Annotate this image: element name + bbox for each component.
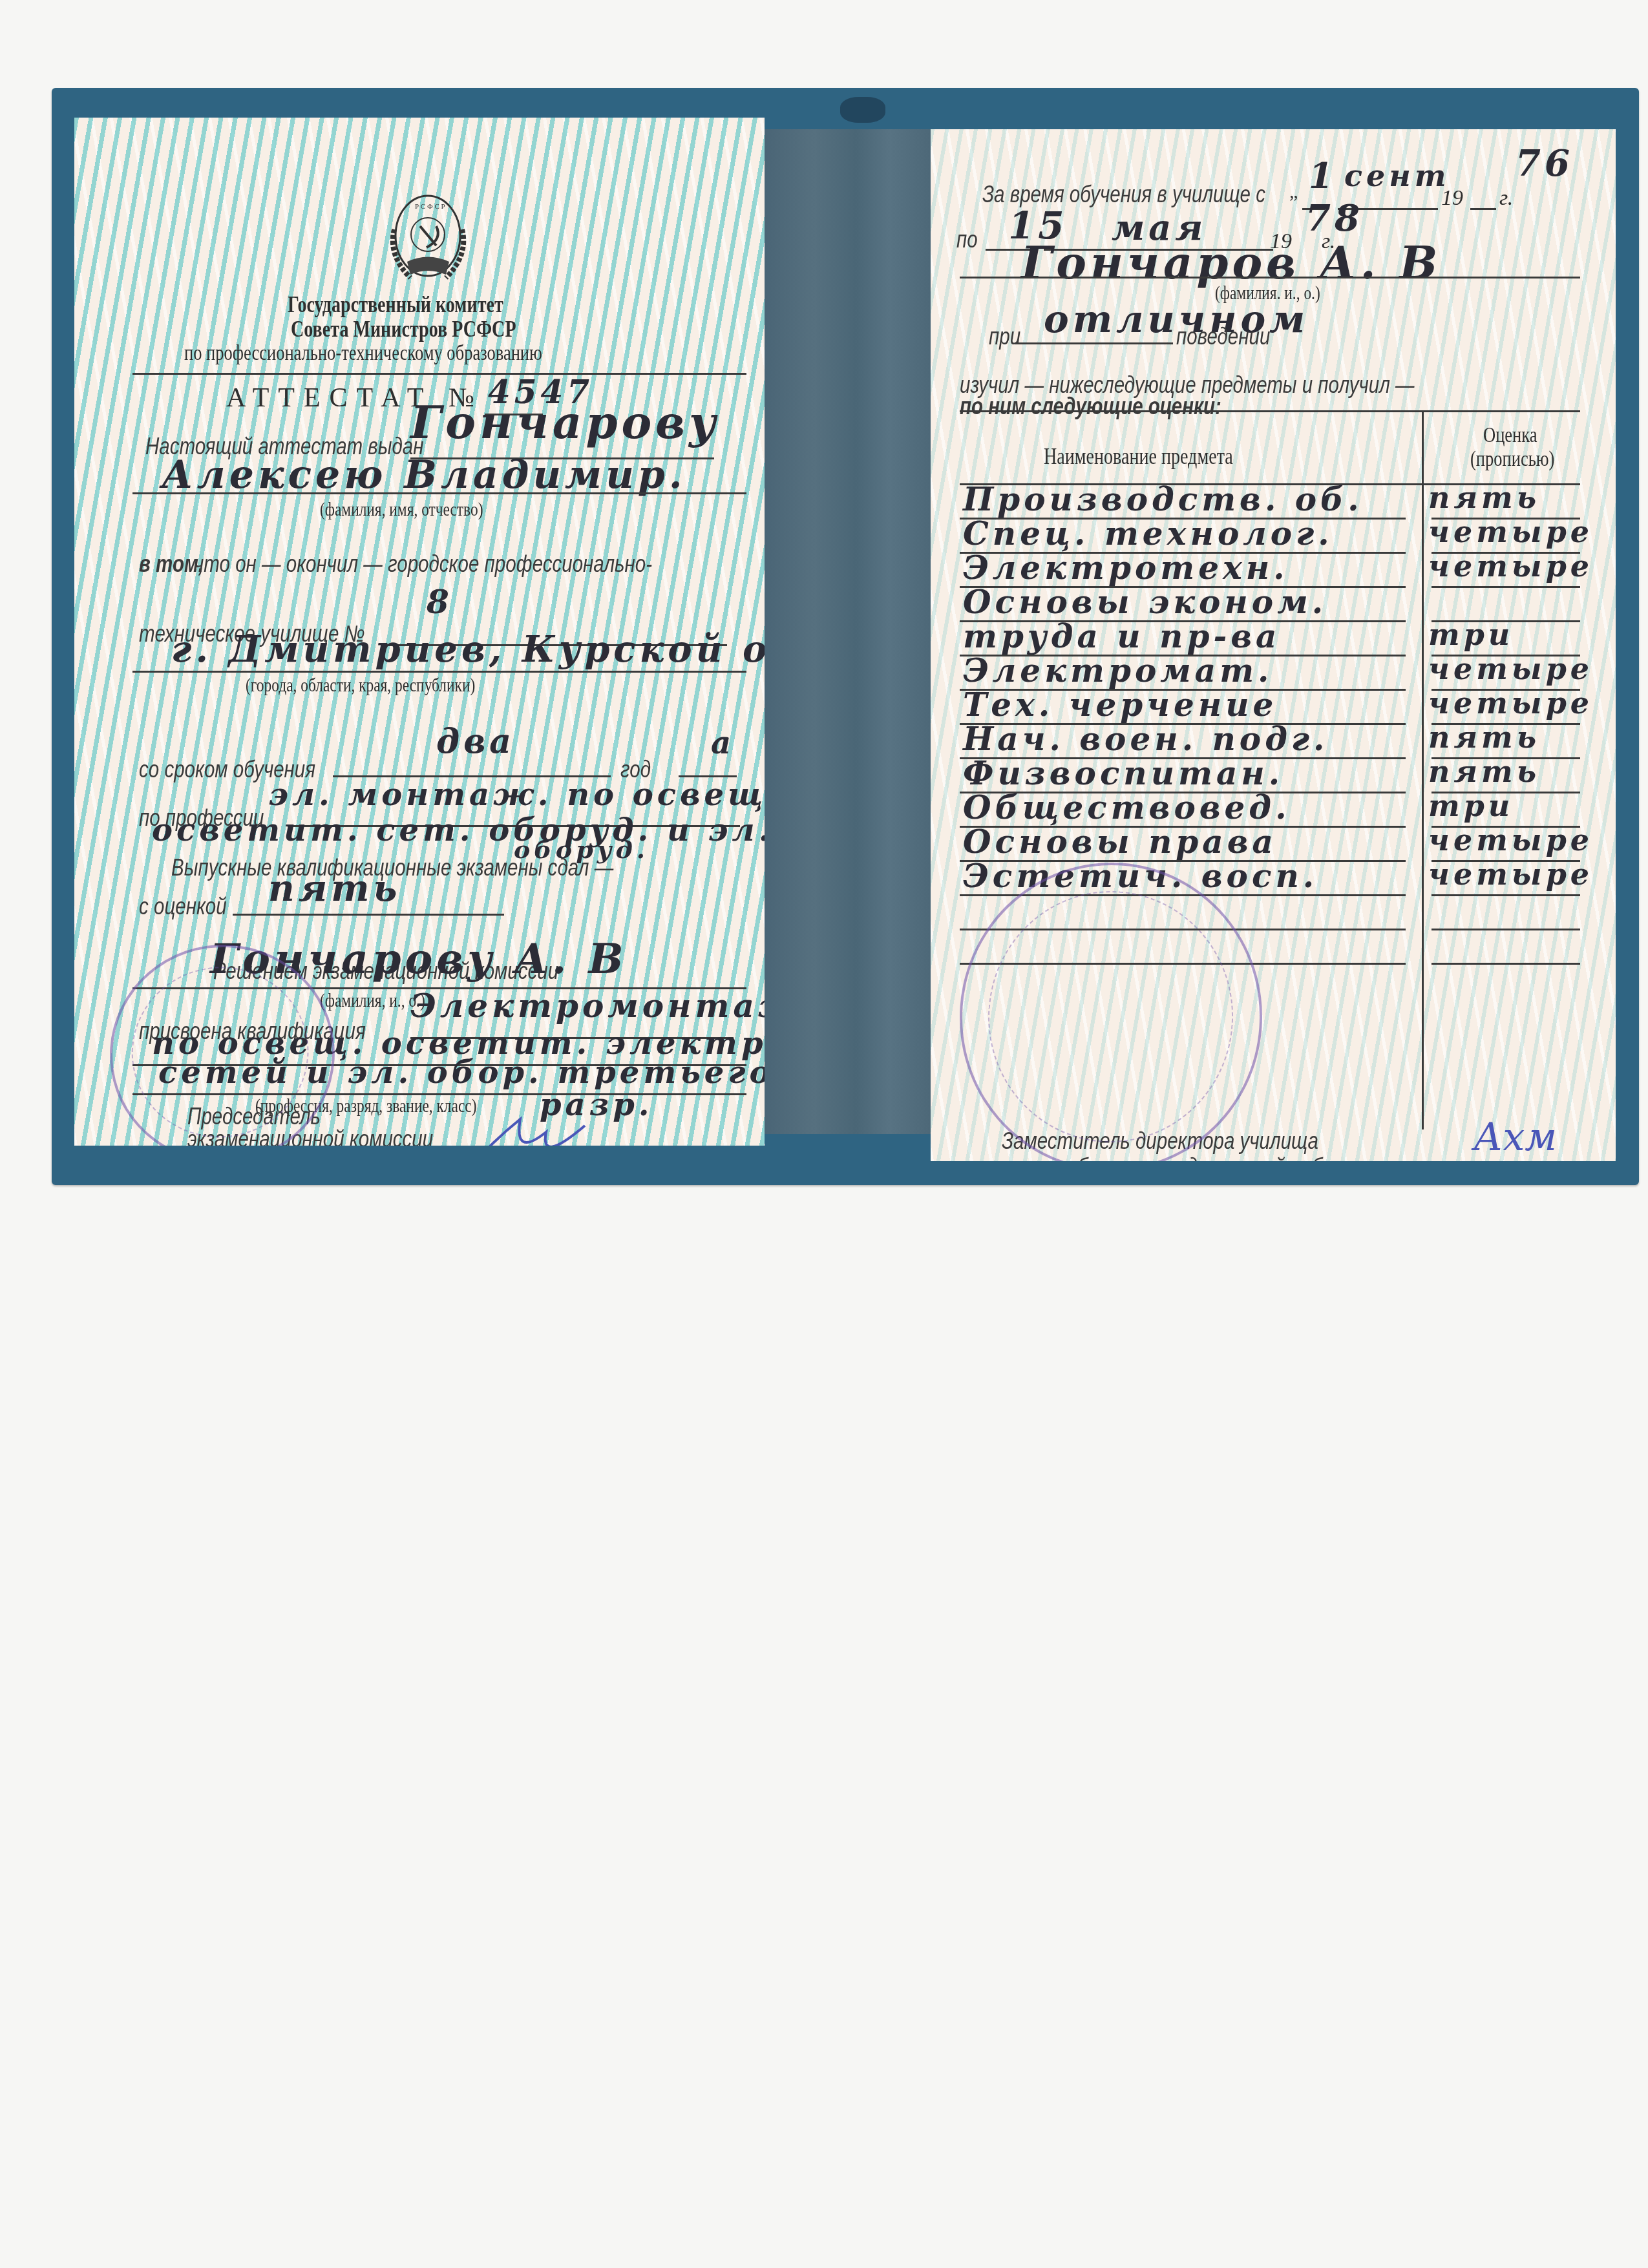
subject-grade: четыре bbox=[1428, 651, 1593, 686]
subject-grade: четыре bbox=[1428, 549, 1593, 583]
subject-name: Спец. технолог. bbox=[963, 514, 1333, 552]
start-year-suffix: 76 bbox=[1516, 142, 1574, 185]
rsfsr-coat-of-arms-icon: Р С Ф С Р bbox=[381, 191, 475, 288]
end-label: по bbox=[956, 226, 978, 253]
subject-name: Основы права bbox=[963, 823, 1277, 861]
table-column-divider bbox=[1422, 412, 1424, 1129]
start-day: 1 bbox=[1309, 155, 1337, 196]
field-line bbox=[960, 277, 1580, 278]
subject-grade: четыре bbox=[1428, 857, 1593, 892]
subject-name: Тех. черчение bbox=[963, 686, 1277, 724]
left-page: Р С Ф С Р Государственный комитет Совета… bbox=[74, 118, 765, 1146]
subject-grade: четыре bbox=[1428, 514, 1593, 549]
header-line-3: по профессионально-техническому образова… bbox=[184, 341, 542, 366]
subject-name: Электромат. bbox=[963, 651, 1273, 689]
profession-value-1: эл. монтаж. по освещ. bbox=[268, 777, 765, 813]
term-year-suffix: а bbox=[711, 725, 735, 761]
col-grade-header-2: (прописью) bbox=[1470, 447, 1554, 472]
qualification-value-1: Электромонтаж bbox=[410, 987, 765, 1025]
col-subject-header: Наименование предмета bbox=[1044, 443, 1233, 470]
subject-name: Нач. воен. подг. bbox=[963, 720, 1328, 758]
header-rule bbox=[132, 373, 746, 375]
behavior-suffix: поведении bbox=[1176, 323, 1270, 350]
subject-grade: пять bbox=[1428, 480, 1540, 515]
spine-wear bbox=[840, 97, 885, 123]
start-year-g: г. bbox=[1499, 186, 1513, 211]
student-name: Гончаров А. В bbox=[1021, 236, 1441, 289]
right-page: За время обучения в училище с „ 1 сент 1… bbox=[931, 129, 1616, 1161]
grade-value: пять bbox=[268, 867, 401, 910]
row-rule bbox=[1431, 894, 1580, 896]
profession-value-2: осветит. сет. оборуд. и эл. о bbox=[152, 812, 765, 848]
subject-name: Физвоспитан. bbox=[963, 754, 1284, 792]
table-top-rule bbox=[960, 410, 1580, 412]
subject-name: Производств. об. bbox=[963, 480, 1363, 518]
start-month: сент bbox=[1344, 158, 1450, 193]
svg-text:Р С Ф С Р: Р С Ф С Р bbox=[415, 203, 445, 211]
row-rule bbox=[1431, 586, 1580, 588]
subject-name: труда и пр-ва bbox=[963, 617, 1280, 655]
subject-name: Обществовед. bbox=[963, 788, 1291, 826]
fio-caption: (фамилия, имя, отчество) bbox=[320, 499, 483, 521]
field-line bbox=[132, 671, 746, 673]
field-line bbox=[233, 914, 504, 916]
deputy-signature: Ахм bbox=[1474, 1115, 1557, 1160]
field-line bbox=[132, 492, 746, 494]
city-caption: (города, области, края, республики) bbox=[246, 675, 475, 697]
official-stamp-right bbox=[949, 852, 1273, 1161]
row-rule bbox=[1431, 963, 1580, 965]
row-rule bbox=[1431, 929, 1580, 930]
grade-label: с оценкой bbox=[139, 893, 227, 920]
school-number: 8 bbox=[427, 583, 453, 621]
start-year-prefix: 19 bbox=[1441, 186, 1463, 211]
subject-grade: три bbox=[1428, 788, 1514, 823]
field-line bbox=[1470, 208, 1496, 210]
subject-name: Электротехн. bbox=[963, 549, 1289, 587]
city-value: г. Дмитриев, Курской обл. bbox=[171, 628, 765, 671]
behavior-prefix: при bbox=[989, 323, 1020, 350]
subject-grade: пять bbox=[1428, 754, 1540, 789]
term-value: два bbox=[436, 722, 515, 761]
subject-grade: пять bbox=[1428, 720, 1540, 755]
subject-grade: четыре bbox=[1428, 686, 1593, 720]
booklet-spine bbox=[765, 129, 931, 1134]
subject-grade: три bbox=[1428, 617, 1514, 652]
grades-intro: по ним следующие оценки: bbox=[960, 393, 1221, 420]
commission-caption: (фамилия, и., о.) bbox=[320, 990, 425, 1012]
finished-text: что он — окончил — городское профессиона… bbox=[194, 551, 652, 578]
field-line bbox=[1015, 342, 1173, 344]
subject-grade: четыре bbox=[1428, 823, 1593, 857]
header-line-1: Государственный комитет bbox=[288, 291, 503, 318]
col-grade-header-1: Оценка bbox=[1483, 423, 1537, 448]
issued-to-value-2: Алексею Владимир. bbox=[162, 452, 686, 498]
quote-open: „ bbox=[1289, 181, 1298, 203]
issued-to-value-1: Гончарову bbox=[410, 395, 720, 449]
subject-name: Основы эконом. bbox=[963, 583, 1327, 621]
header-line-2: Совета Министров РСФСР bbox=[291, 315, 516, 342]
chairman-signature bbox=[449, 1106, 617, 1146]
